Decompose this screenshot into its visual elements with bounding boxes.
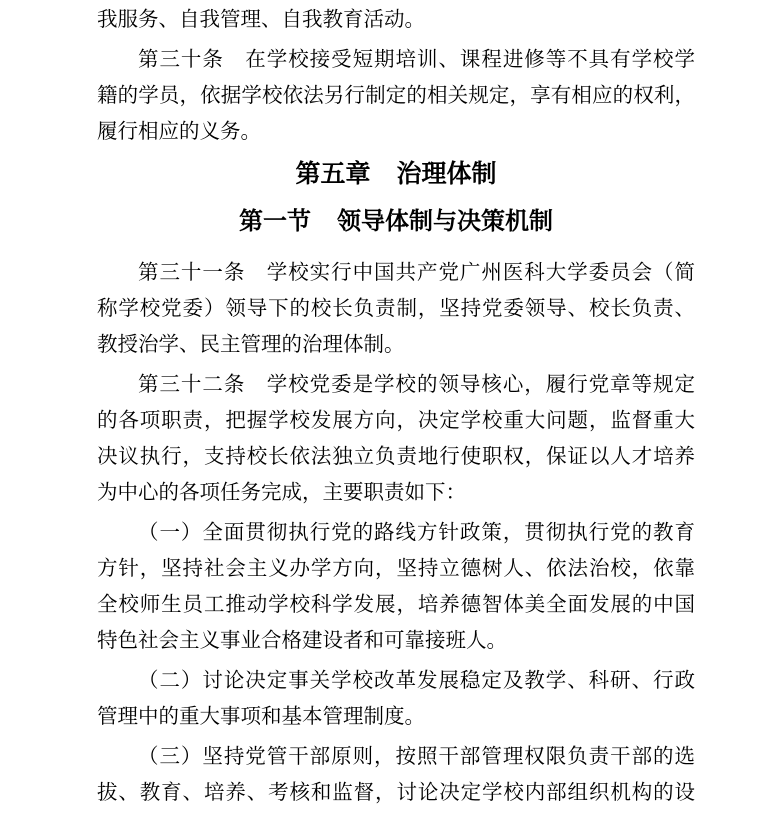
section-number: 第一节 [239, 208, 311, 235]
text-line: 决议执行，支持校长依法独立负责地行使职权，保证以人才培养 [97, 439, 695, 475]
text-line: 特色社会主义事业合格建设者和可靠接班人。 [97, 623, 695, 659]
text-line: （二）讨论决定事关学校改革发展稳定及教学、科研、行政 [97, 663, 695, 699]
text-line: 第三十条 在学校接受短期培训、课程进修等不具有学校学 [97, 42, 695, 78]
text-line: 方针，坚持社会主义办学方向，坚持立德树人、依法治校，依靠 [97, 551, 695, 587]
paragraph-article-30: 第三十条 在学校接受短期培训、课程进修等不具有学校学 籍的学员，依据学校依法另行… [97, 42, 695, 150]
text-line: （一）全面贯彻执行党的路线方针政策，贯彻执行党的教育 [97, 515, 695, 551]
text-line: 履行相应的义务。 [97, 114, 695, 150]
text-line: 全校师生员工推动学校科学发展，培养德智体美全面发展的中国 [97, 587, 695, 623]
text-line: 为中心的各项任务完成，主要职责如下： [97, 475, 695, 511]
text-line: （三）坚持党管干部原则，按照干部管理权限负责干部的选 [97, 739, 695, 775]
text-line: 我服务、自我管理、自我教育活动。 [97, 2, 695, 38]
paragraph-duty-item-2: （二）讨论决定事关学校改革发展稳定及教学、科研、行政 管理中的重大事项和基本管理… [97, 663, 695, 735]
text-line: 拔、教育、培养、考核和监督，讨论决定学校内部组织机构的设 [97, 775, 695, 811]
text-line: 教授治学、民主管理的治理体制。 [97, 327, 695, 363]
text-line: 管理中的重大事项和基本管理制度。 [97, 699, 695, 735]
paragraph-continuation: 我服务、自我管理、自我教育活动。 [97, 2, 695, 38]
text-line: 第三十二条 学校党委是学校的领导核心，履行党章等规定 [97, 367, 695, 403]
chapter-number: 第五章 [295, 160, 370, 188]
paragraph-duty-item-1: （一）全面贯彻执行党的路线方针政策，贯彻执行党的教育 方针，坚持社会主义办学方向… [97, 515, 695, 659]
text-line: 称学校党委）领导下的校长负责制，坚持党委领导、校长负责、 [97, 291, 695, 327]
paragraph-article-32: 第三十二条 学校党委是学校的领导核心，履行党章等规定 的各项职责，把握学校发展方… [97, 367, 695, 511]
document-page: 我服务、自我管理、自我教育活动。 第三十条 在学校接受短期培训、课程进修等不具有… [0, 0, 784, 819]
text-line: 第三十一条 学校实行中国共产党广州医科大学委员会（简 [97, 255, 695, 291]
text-line: 籍的学员，依据学校依法另行制定的相关规定，享有相应的权利， [97, 78, 695, 114]
chapter-title: 治理体制 [397, 160, 497, 188]
paragraph-duty-item-3: （三）坚持党管干部原则，按照干部管理权限负责干部的选 拔、教育、培养、考核和监督… [97, 739, 695, 811]
section-heading: 第一节领导体制与决策机制 [97, 203, 695, 240]
chapter-heading: 第五章治理体制 [97, 156, 695, 193]
paragraph-article-31: 第三十一条 学校实行中国共产党广州医科大学委员会（简 称学校党委）领导下的校长负… [97, 255, 695, 363]
text-line: 的各项职责，把握学校发展方向，决定学校重大问题，监督重大 [97, 403, 695, 439]
section-title: 领导体制与决策机制 [337, 208, 553, 235]
